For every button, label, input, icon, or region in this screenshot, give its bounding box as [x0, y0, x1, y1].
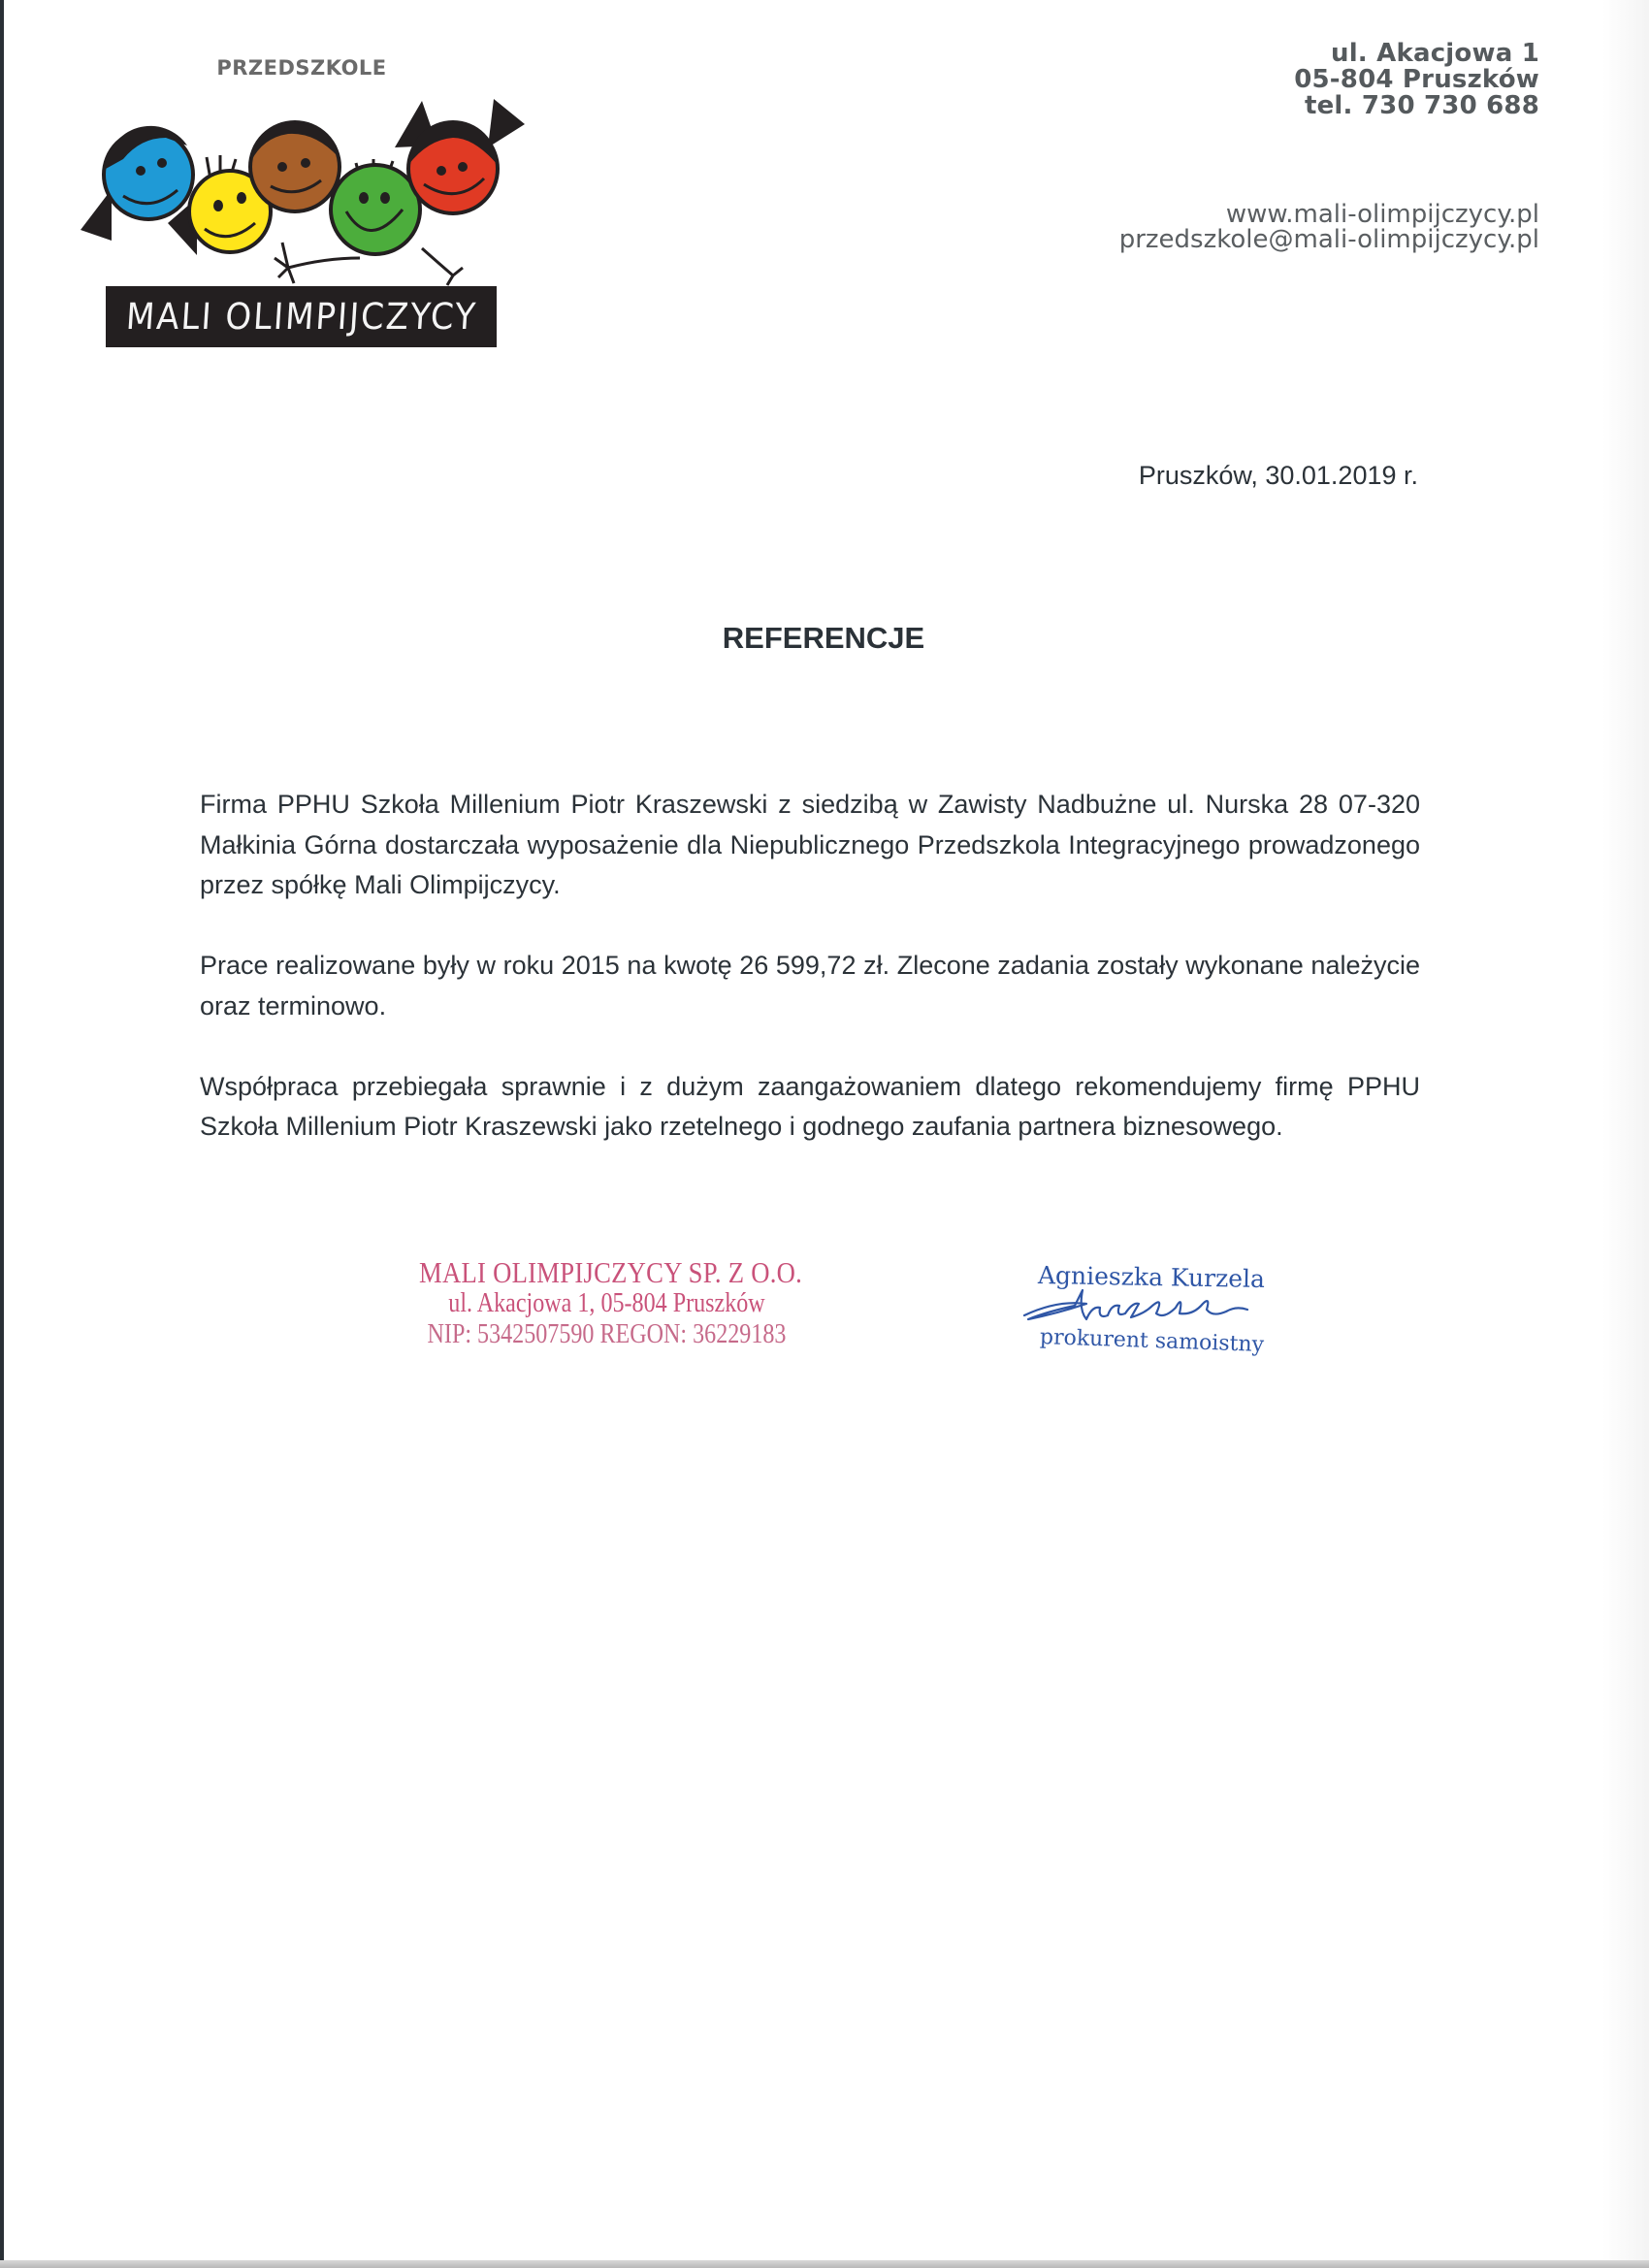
- letter-body: Firma PPHU Szkoła Millenium Piotr Krasze…: [200, 785, 1420, 1187]
- logo-kicker: PRZEDSZKOLE: [210, 56, 394, 80]
- school-logo: PRZEDSZKOLE: [73, 39, 538, 359]
- company-stamp: MALI OLIMPIJCZYCY SP. Z O.O. ul. Akacjow…: [419, 1257, 744, 1350]
- contact-website: www.mali-olimpijczycy.pl: [1119, 202, 1539, 227]
- stamp-company: MALI OLIMPIJCZYCY SP. Z O.O.: [419, 1257, 794, 1288]
- paragraph-work-scope: Prace realizowane były w roku 2015 na kw…: [200, 946, 1420, 1026]
- contact-street: ul. Akacjowa 1: [1119, 41, 1539, 67]
- date-line: Pruszków, 30.01.2019 r.: [1139, 461, 1418, 491]
- paragraph-supplier: Firma PPHU Szkoła Millenium Piotr Krasze…: [200, 785, 1420, 906]
- stamp-address: ul. Akacjowa 1, 05-804 Pruszków: [419, 1288, 794, 1319]
- logo-name: MALI OLIMPIJCZYCY: [124, 296, 478, 339]
- five-smiling-children-faces-icon: [73, 78, 538, 286]
- paragraph-recommendation: Współpraca przebiegała sprawnie i z duży…: [200, 1067, 1420, 1148]
- logo-name-bar: MALI OLIMPIJCZYCY: [106, 286, 497, 347]
- document-title: REFERENCJE: [0, 621, 1649, 656]
- document-title-text: REFERENCJE: [723, 621, 924, 655]
- scan-bottom-edge: [0, 2260, 1649, 2268]
- contact-phone: tel. 730 730 688: [1119, 93, 1539, 119]
- contact-block: ul. Akacjowa 1 05-804 Pruszków tel. 730 …: [1119, 41, 1539, 252]
- contact-city: 05-804 Pruszków: [1119, 67, 1539, 93]
- signature-block: Agnieszka Kurzela prokurent samoistny: [1018, 1251, 1309, 1377]
- contact-email: przedszkole@mali-olimpijczycy.pl: [1119, 227, 1539, 252]
- stamp-ids: NIP: 5342507590 REGON: 36229183: [419, 1319, 794, 1350]
- scan-right-shade: [1602, 0, 1649, 2260]
- scan-left-edge: [0, 0, 4, 2268]
